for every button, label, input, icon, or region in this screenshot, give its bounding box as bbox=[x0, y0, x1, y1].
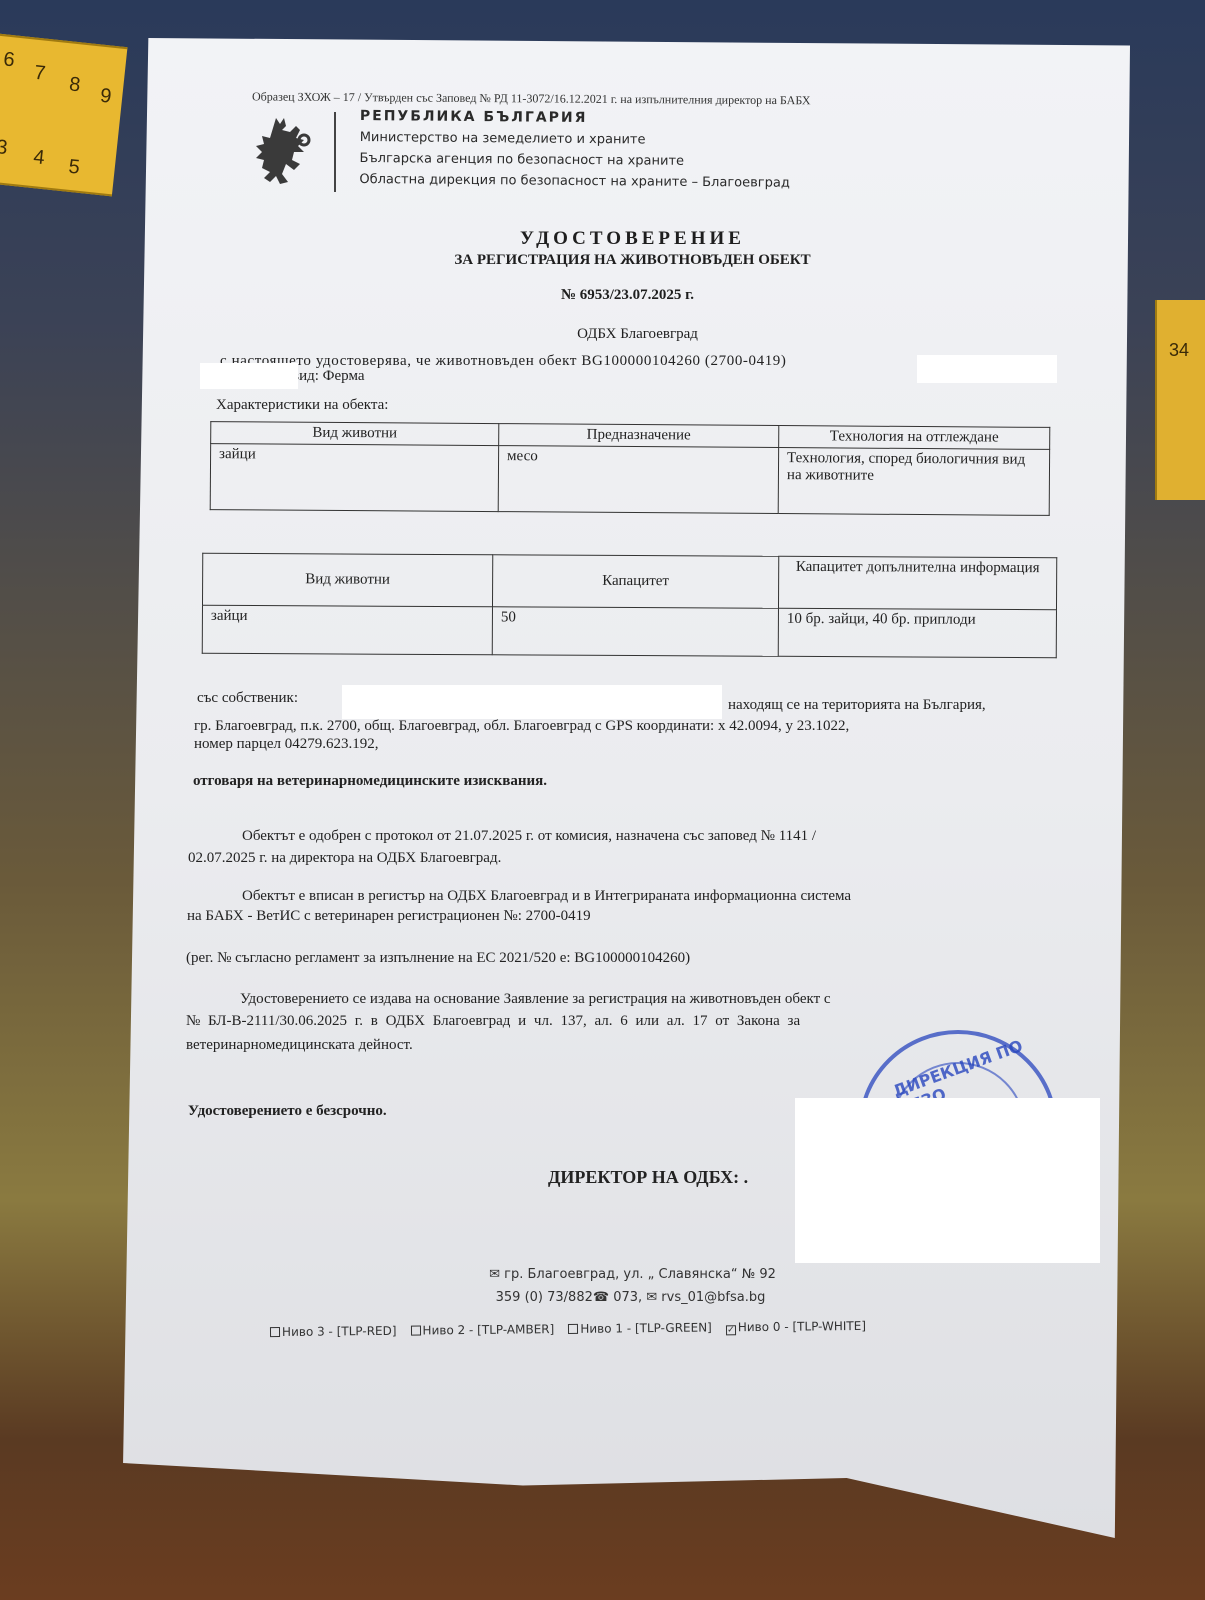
table-row: зайци 50 10 бр. зайци, 40 бр. приплоди bbox=[202, 605, 1056, 657]
characteristics-label: Характеристики на обекта: bbox=[216, 397, 388, 414]
redaction-box bbox=[342, 685, 722, 719]
cell-technology: Технология, според биологичния вид на жи… bbox=[778, 448, 1049, 516]
validity-statement: Удостоверението е безсрочно. bbox=[188, 1103, 387, 1120]
ruler-number: 6 bbox=[2, 48, 15, 72]
footer-address: ✉ гр. Благоевград, ул. „ Славянска“ № 92 bbox=[30, 1267, 1205, 1282]
header-divider bbox=[334, 112, 336, 192]
ruler-left: 6 7 8 9 3 4 5 bbox=[0, 34, 127, 197]
tlp-option-green[interactable]: Ниво 1 - [TLP-GREEN] bbox=[568, 1320, 712, 1337]
approval-line-1: Обектът е одобрен с протокол от 21.07.20… bbox=[242, 828, 816, 845]
agency-header: РЕПУБЛИКА БЪЛГАРИЯ Министерство на земед… bbox=[359, 108, 790, 197]
type-line: вид: Ферма bbox=[292, 368, 365, 385]
ruler-number: 9 bbox=[99, 85, 112, 109]
checked-checkbox-icon[interactable]: ✓ bbox=[726, 1325, 736, 1335]
cell-animal-type: зайци bbox=[210, 444, 498, 512]
column-header: Капацитет допълнителна информация bbox=[778, 556, 1056, 609]
country-name: РЕПУБЛИКА БЪЛГАРИЯ bbox=[360, 108, 791, 128]
approval-line-2: 02.07.2025 г. на директора на ОДБХ Благо… bbox=[188, 850, 501, 867]
ruler-number: 34 bbox=[1169, 340, 1189, 361]
cell-animal-type: зайци bbox=[202, 605, 492, 655]
redaction-box bbox=[795, 1098, 1100, 1263]
compliance-statement: отговаря на ветеринарномедицинските изис… bbox=[193, 773, 547, 790]
parcel-line: номер парцел 04279.623.192, bbox=[194, 736, 379, 753]
tlp-label: Ниво 1 - [TLP-GREEN] bbox=[580, 1320, 712, 1335]
tlp-label: Ниво 3 - [TLP-RED] bbox=[282, 1324, 397, 1339]
ruler-number: 7 bbox=[33, 62, 46, 86]
tlp-option-white[interactable]: ✓Ниво 0 - [TLP-WHITE] bbox=[726, 1319, 866, 1335]
document-title: УДОСТОВЕРЕНИЕ bbox=[30, 228, 1205, 250]
checkbox-icon[interactable] bbox=[410, 1326, 420, 1336]
ruler-number: 8 bbox=[68, 73, 81, 97]
tlp-label: Ниво 2 - [TLP-AMBER] bbox=[422, 1322, 554, 1337]
checkbox-icon[interactable] bbox=[270, 1327, 280, 1337]
redaction-box bbox=[200, 363, 298, 389]
issuing-office: ОДБХ Благоевград bbox=[35, 326, 1205, 343]
table-header-row: Вид животни Капацитет Капацитет допълнит… bbox=[202, 553, 1056, 609]
footer-contact: 359 (0) 73/882☎ 073, ✉ rvs_01@bfsa.bg bbox=[28, 1290, 1205, 1305]
tlp-option-red[interactable]: Ниво 3 - [TLP-RED] bbox=[270, 1324, 397, 1340]
register-line-1: Обектът е вписан в регистър на ОДБХ Благ… bbox=[242, 888, 851, 905]
cell-capacity: 50 bbox=[492, 607, 778, 656]
cell-purpose: месо bbox=[498, 446, 778, 514]
column-header: Вид животни bbox=[211, 422, 499, 446]
column-header: Предназначение bbox=[499, 424, 779, 448]
ruler-number: 5 bbox=[67, 156, 80, 180]
bulgarian-lion-crest-icon bbox=[246, 114, 326, 194]
photo-scene: 6 7 8 9 3 4 5 34 Образец ЗХОЖ – 17 / Утв… bbox=[0, 0, 1205, 1600]
directorate-name: Областна дирекция по безопасност на хран… bbox=[359, 172, 790, 191]
capacity-table: Вид животни Капацитет Капацитет допълнит… bbox=[202, 553, 1058, 658]
document-subtitle: ЗА РЕГИСТРАЦИЯ НА ЖИВОТНОВЪДЕН ОБЕКТ bbox=[30, 252, 1205, 269]
address-line: гр. Благоевград, п.к. 2700, общ. Благоев… bbox=[194, 718, 849, 735]
basis-line-2: № БЛ-В-2111/30.06.2025 г. в ОДБХ Благоев… bbox=[186, 1013, 800, 1030]
basis-line-1: Удостоверението се издава на основание З… bbox=[240, 991, 831, 1008]
characteristics-table: Вид животни Предназначение Технология на… bbox=[210, 421, 1051, 516]
ministry-name: Министерство на земеделието и храните bbox=[360, 130, 791, 149]
table-row: зайци месо Технология, според биологични… bbox=[210, 444, 1049, 516]
owner-label: със собственик: bbox=[197, 690, 298, 707]
tlp-option-amber[interactable]: Ниво 2 - [TLP-AMBER] bbox=[410, 1322, 554, 1339]
cell-capacity-info: 10 бр. зайци, 40 бр. приплоди bbox=[778, 608, 1056, 657]
ruler-number: 3 bbox=[0, 136, 9, 160]
register-line-2: на БАБХ - ВетИС с ветеринарен регистраци… bbox=[187, 908, 591, 925]
column-header: Капацитет bbox=[492, 555, 778, 608]
owner-location: находящ се на територията на България, bbox=[728, 697, 986, 714]
certificate-number: № 6953/23.07.2025 г. bbox=[25, 287, 1205, 304]
eu-registration: (рег. № съгласно регламент за изпълнение… bbox=[186, 950, 690, 967]
agency-name: Българска агенция по безопасност на хран… bbox=[359, 151, 790, 170]
checkbox-icon[interactable] bbox=[568, 1324, 578, 1334]
ruler-number: 4 bbox=[32, 146, 45, 170]
column-header: Технология на отглеждане bbox=[779, 426, 1050, 450]
tlp-label: Ниво 0 - [TLP-WHITE] bbox=[738, 1319, 866, 1334]
basis-line-3: ветеринарномедицинската дейност. bbox=[186, 1037, 413, 1054]
director-signature-label: ДИРЕКТОР НА ОДБХ: . bbox=[548, 1167, 748, 1188]
column-header: Вид животни bbox=[202, 553, 492, 607]
redaction-box bbox=[917, 355, 1057, 383]
